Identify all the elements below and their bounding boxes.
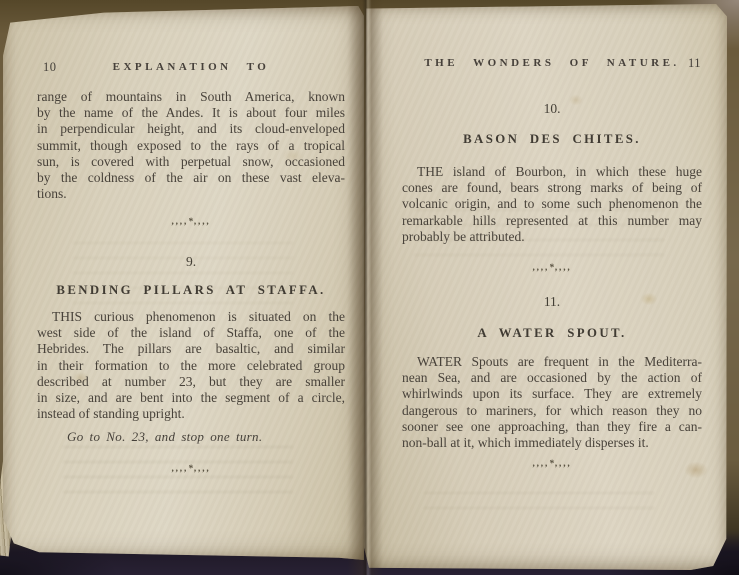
text-line: by the name of the Andes. It is about fo… [37, 105, 345, 121]
section-body: THIS curious phenomenon is situated on t… [37, 309, 345, 422]
section-divider-ornament: ‚‚‚‚*‚‚‚‚ [37, 217, 345, 227]
text-line: whirlwinds upon its surface. They are ex… [402, 386, 702, 402]
text-line: remarkable hills represented at this num… [402, 213, 702, 229]
text-line: west side of the island of Staffa, one o… [37, 325, 345, 341]
left-page: 10 EXPLANATION TO range of mountains in … [3, 6, 364, 560]
section-number: 11. [402, 294, 702, 310]
section-divider-ornament: ‚‚‚‚*‚‚‚‚ [37, 464, 345, 474]
show-through-text [424, 492, 654, 518]
text-line: dangerous to mariners, for which reason … [402, 403, 702, 419]
text-line: in size, and are bent into the segment o… [37, 390, 345, 406]
text-line: sun, is covered with perpetual snow, occ… [37, 154, 345, 170]
show-through-text [73, 242, 293, 312]
section-body: THE island of Bourbon, in which these hu… [402, 164, 702, 245]
text-line: range of mountains in South America, kno… [37, 89, 345, 105]
section-number: 9. [37, 254, 345, 270]
page-number-right: 11 [688, 56, 701, 71]
text-line: non-ball at it, which immediately disper… [402, 435, 702, 451]
text-line: cones are found, bears strong marks of b… [402, 180, 702, 196]
right-page: THE WONDERS OF NATURE. 11 10. BASON DES … [364, 4, 727, 570]
text-line: in their formation to the more celebrate… [37, 358, 345, 374]
text-line: instead of standing upright. [37, 406, 345, 422]
running-header-right: THE WONDERS OF NATURE. [402, 57, 702, 69]
text-line: THE island of Bourbon, in which these hu… [402, 164, 702, 180]
text-line: WATER Spouts are frequent in the Mediter… [402, 354, 702, 370]
running-header-left: EXPLANATION TO [37, 61, 345, 73]
section-title: A WATER SPOUT. [402, 326, 702, 341]
text-line: described at number 23, but they are sma… [37, 374, 345, 390]
open-book-photo: 10 EXPLANATION TO range of mountains in … [0, 0, 739, 575]
section-title: BENDING PILLARS AT STAFFA. [37, 283, 345, 298]
game-instruction: Go to No. 23, and stop one turn. [67, 429, 262, 445]
text-line: nean Sea, and are occasioned by the acti… [402, 370, 702, 386]
show-through-text [63, 446, 293, 504]
text-line: in perpendicular height, and its cloud-e… [37, 121, 345, 137]
text-line: Hebrides. The pillars are basaltic, and … [37, 341, 345, 357]
continuation-paragraph: range of mountains in South America, kno… [37, 89, 345, 202]
text-line: by the coldness of the air on these vast… [37, 170, 345, 186]
section-number: 10. [402, 101, 702, 117]
text-line: tions. [37, 186, 345, 202]
section-body: WATER Spouts are frequent in the Mediter… [402, 354, 702, 451]
section-divider-ornament: ‚‚‚‚*‚‚‚‚ [402, 459, 702, 469]
text-line: probably be attributed. [402, 229, 702, 245]
text-line: summit, though exposed to the rays of a … [37, 138, 345, 154]
text-line: THIS curious phenomenon is situated on t… [37, 309, 345, 325]
text-line: volcanic origin, and to some such phenom… [402, 196, 702, 212]
section-title: BASON DES CHITES. [402, 132, 702, 147]
section-divider-ornament: ‚‚‚‚*‚‚‚‚ [402, 263, 702, 273]
text-line: sooner see one approaching, than they fi… [402, 419, 702, 435]
